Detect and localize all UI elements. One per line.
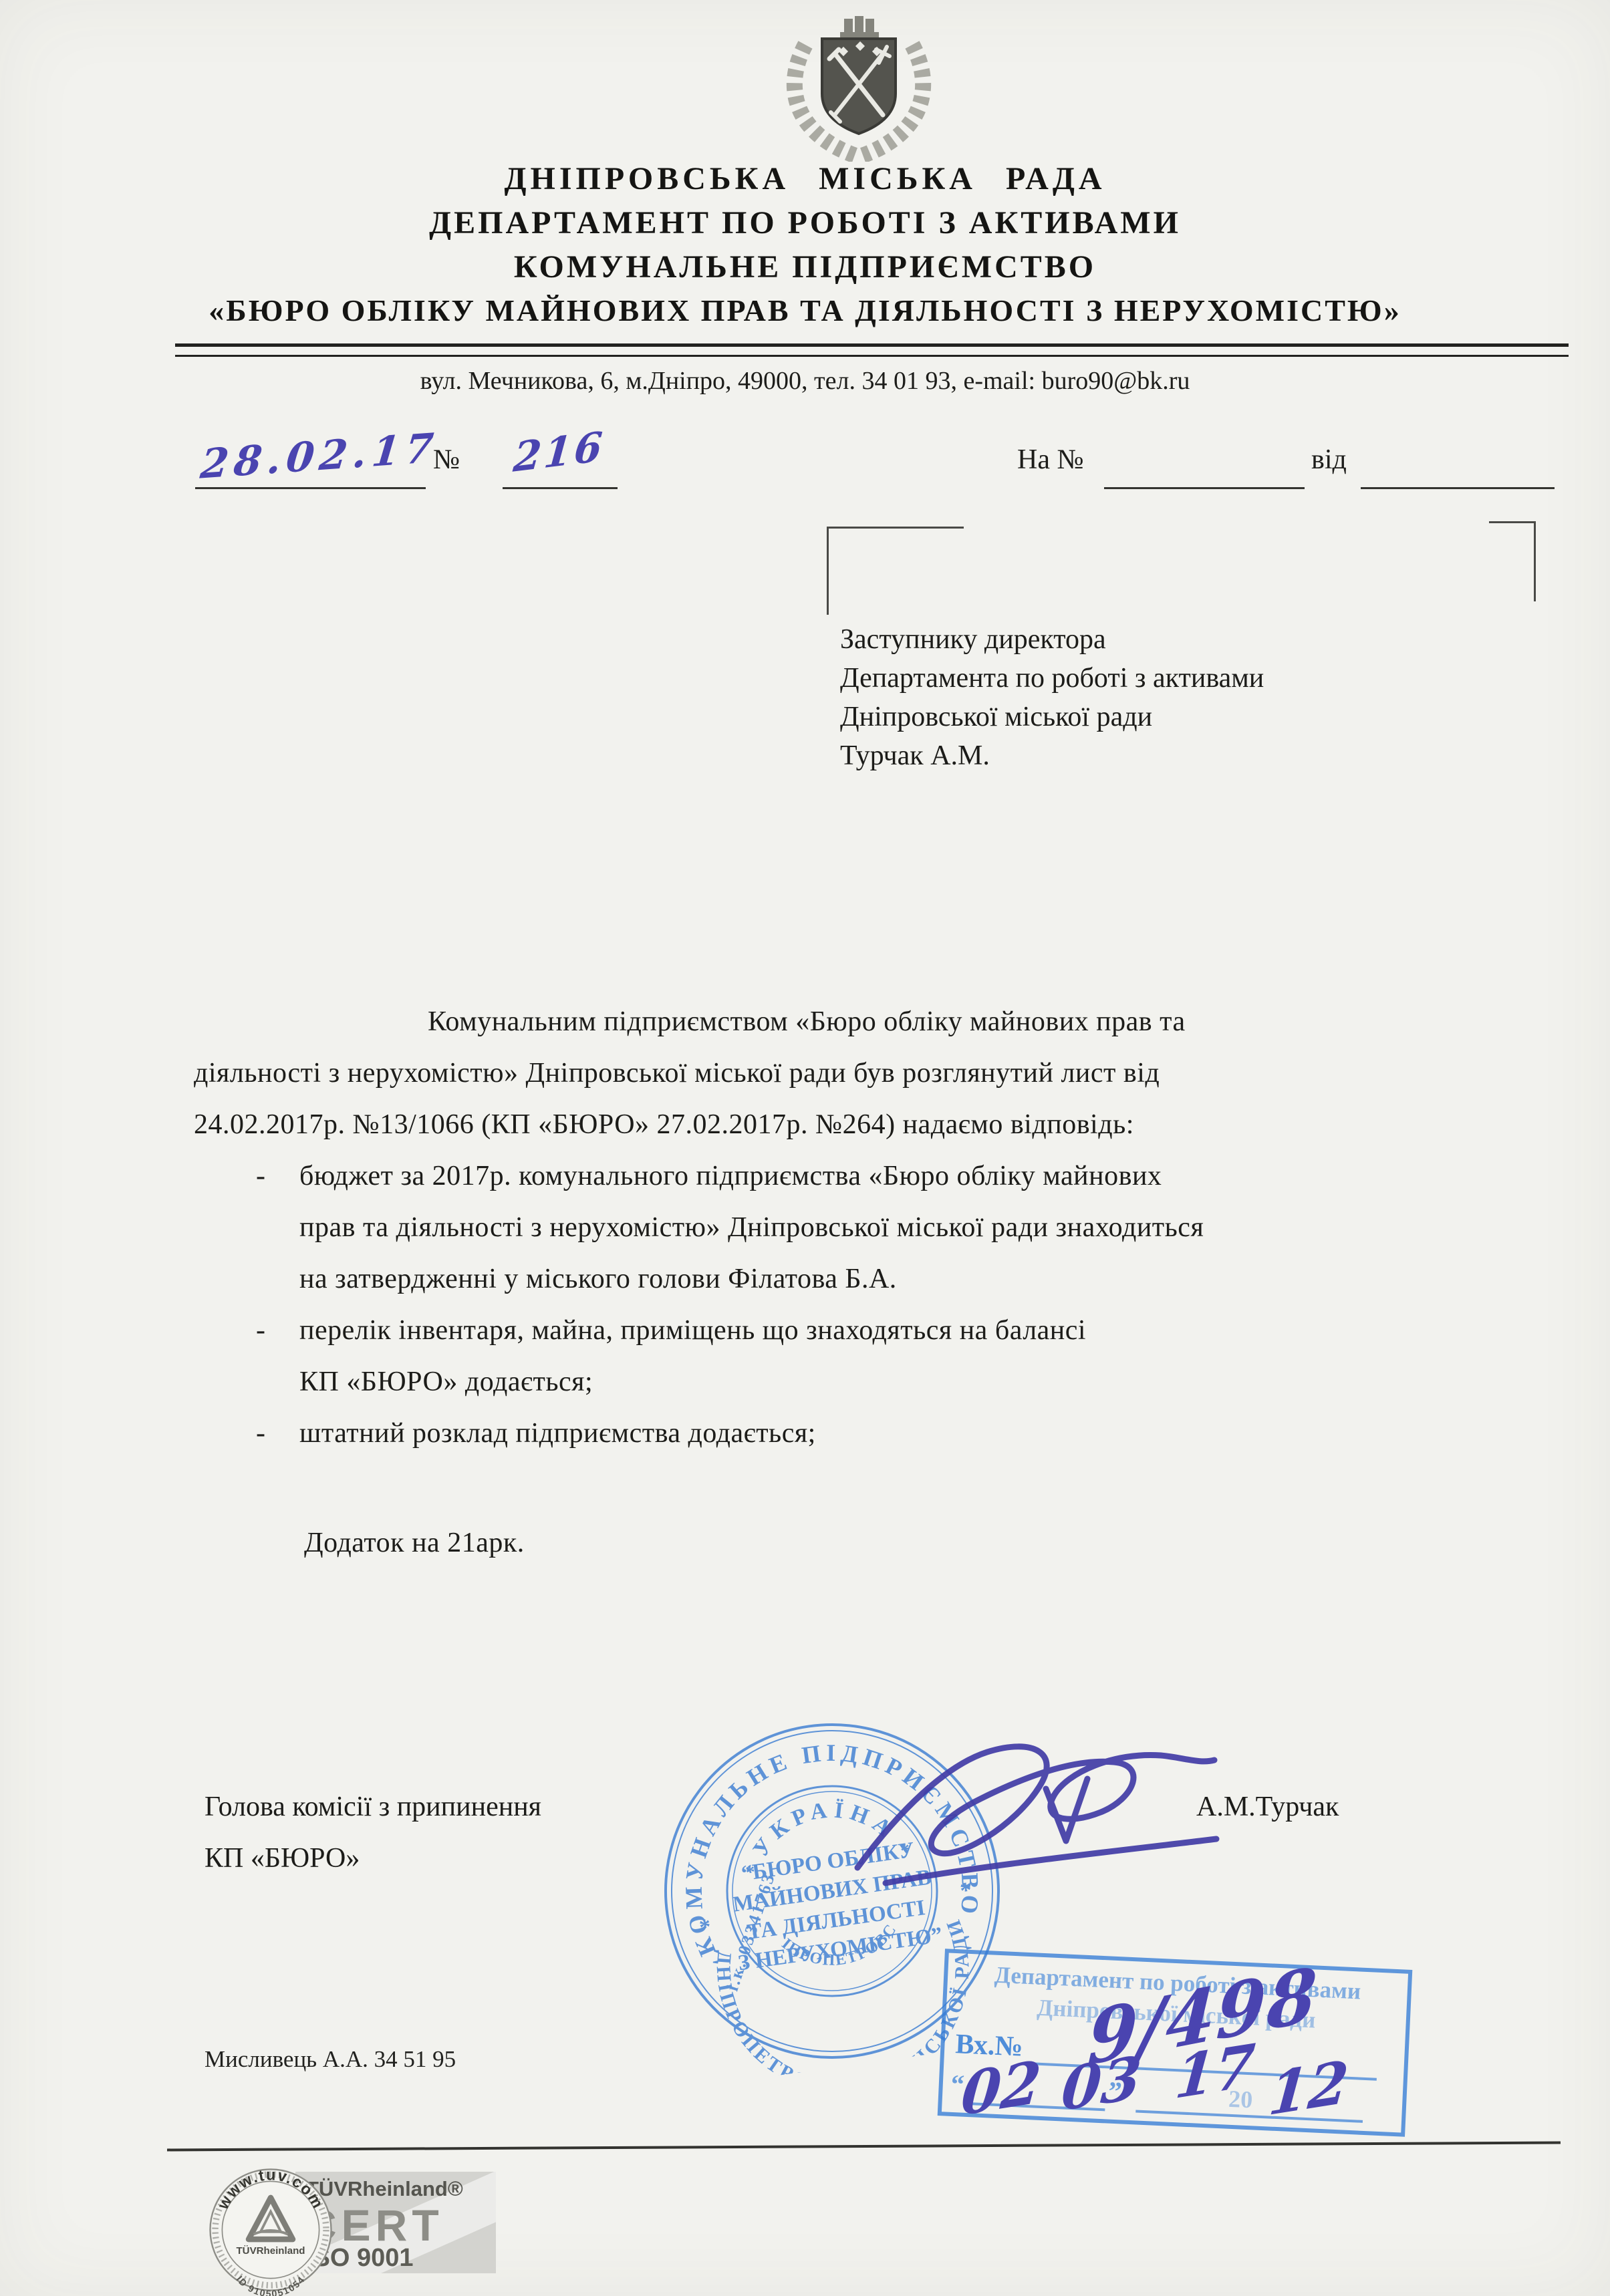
bullet-line: на затвердженні у міського голови Філато…	[299, 1263, 897, 1295]
reply-to-number-label: На №	[1017, 444, 1084, 476]
recipient-line: Департамента по роботі з активами	[840, 659, 1264, 698]
tuv-seal: www.tuv.com TÜVRheinland ID 9105051054	[200, 2164, 341, 2296]
entry-month-handwritten: 03	[1059, 2043, 1144, 2124]
signer-role-line1: Голова комісії з припинення	[205, 1791, 541, 1823]
bullet-dash: -	[256, 1314, 266, 1346]
body-paragraph-line: діяльності з нерухомістю» Дніпровської м…	[194, 1057, 1160, 1089]
attachment-note: Додаток на 21арк.	[304, 1527, 525, 1559]
org-name-line2: ДЕПАРТАМЕНТ ПО РОБОТІ З АКТИВАМИ	[0, 204, 1610, 241]
recipient-line: Дніпровської міської ради	[840, 698, 1264, 736]
number-sign-label: №	[433, 444, 460, 476]
number-field-line	[503, 487, 618, 489]
outgoing-date-handwritten: 28.02.17	[198, 424, 441, 488]
bullet-line: перелік інвентаря, майна, приміщень що з…	[299, 1314, 1086, 1346]
tuv-seal-caption: TÜVRheinland	[236, 2245, 305, 2257]
bullet-line: КП «БЮРО» додається;	[299, 1366, 593, 1398]
address-zone-bracket-left-v	[827, 527, 829, 615]
org-address-line: вул. Мечникова, 6, м.Дніпро, 49000, тел.…	[0, 366, 1610, 396]
address-zone-bracket-right-v	[1534, 521, 1536, 601]
date-field-line	[195, 487, 426, 489]
recipient-line: Турчак А.М.	[840, 736, 1264, 775]
footer-rule	[167, 2142, 1561, 2152]
body-paragraph-line: Комунальним підприємством «Бюро обліку м…	[428, 1006, 1186, 1038]
bullet-line: бюджет за 2017р. комунального підприємст…	[299, 1160, 1162, 1192]
reply-from-date-label: від	[1311, 444, 1347, 476]
org-name-line3: КОМУНАЛЬНЕ ПІДПРИЄМСТВО	[0, 249, 1610, 285]
coat-of-arms	[759, 15, 959, 162]
scanned-letter-page: ДНІПРОВСЬКА МІСЬКА РАДА ДЕПАРТАМЕНТ ПО Р…	[0, 0, 1610, 2296]
org-name-line1: ДНІПРОВСЬКА МІСЬКА РАДА	[0, 160, 1610, 197]
reply-number-field-line	[1104, 487, 1305, 489]
executor-contact: Мисливець А.А. 34 51 95	[205, 2046, 456, 2073]
entry-time-handwritten: 12	[1266, 2047, 1351, 2129]
entry-year-handwritten: 17	[1172, 2031, 1257, 2112]
entry-day-handwritten: 02	[958, 2047, 1043, 2129]
recipient-line: Заступнику директора	[840, 620, 1264, 659]
bullet-line: штатний розклад підприємства додається;	[299, 1417, 816, 1449]
signer-role-line2: КП «БЮРО»	[205, 1842, 360, 1874]
reply-date-field-line	[1361, 487, 1555, 489]
signature-ink	[845, 1724, 1226, 1924]
bullet-dash: -	[256, 1417, 266, 1449]
letterhead-rule-thick	[175, 343, 1569, 347]
bullet-dash: -	[256, 1160, 266, 1192]
org-name-line4: «БЮРО ОБЛІКУ МАЙНОВИХ ПРАВ ТА ДІЯЛЬНОСТІ…	[0, 293, 1610, 328]
recipient-block: Заступнику директора Департамента по роб…	[840, 620, 1264, 775]
letterhead-rule-thin	[175, 355, 1569, 357]
body-paragraph-line: 24.02.2017р. №13/1066 (КП «БЮРО» 27.02.2…	[194, 1109, 1134, 1141]
outgoing-number-handwritten: 216	[511, 423, 606, 482]
address-zone-bracket-left-h	[827, 527, 964, 529]
address-zone-bracket-right-h	[1489, 521, 1536, 523]
bullet-line: прав та діяльності з нерухомістю» Дніпро…	[299, 1211, 1204, 1244]
